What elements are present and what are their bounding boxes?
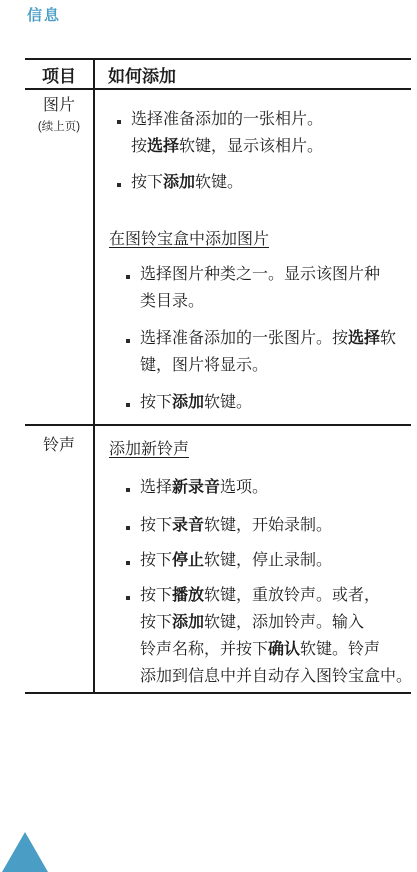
step-text: 按下 (140, 587, 172, 604)
instruction-step: 按下播放软键，重放铃声。或者，按下添加软键，添加铃声。输入铃声名称，并按下确认软… (126, 582, 411, 690)
step-line: 添加到信息中并自动存入图铃宝盒中。 (140, 663, 411, 690)
info-table: 项目 如何添加 图片(续上页)选择准备添加的一张相片。按选择软键，显示该相片。按… (25, 58, 411, 694)
step-lines: 选择图片种类之一。显示该图片种类目录。 (140, 261, 407, 315)
bullet-dot-icon (117, 106, 131, 160)
step-text: 软键，开始录制。 (204, 517, 332, 534)
step-text: 铃声名称，并按下 (140, 641, 268, 658)
table-row: 图片(续上页)选择准备添加的一张相片。按选择软键，显示该相片。按下添加软键。在图… (25, 90, 411, 426)
step-text: 软键。铃声 (300, 641, 380, 658)
step-line: 按选择软键，显示该相片。 (131, 133, 407, 160)
step-text: 软键，显示该相片。 (179, 138, 323, 155)
item-note: (续上页) (25, 120, 93, 134)
step-line: 按下录音软键，开始录制。 (140, 512, 411, 539)
step-text: 选择 (140, 479, 172, 496)
manual-page: 信息 项目 如何添加 图片(续上页)选择准备添加的一张相片。按选择软键，显示该相… (0, 0, 417, 872)
instruction-step: 按下添加软键。 (126, 389, 407, 416)
step-line: 选择新录音选项。 (140, 474, 411, 501)
bullet-dot-icon (126, 261, 140, 315)
step-lines: 按下录音软键，开始录制。 (140, 512, 411, 539)
step-text: 选择准备添加的一张图片。按 (140, 330, 348, 347)
step-text: 按下 (140, 517, 172, 534)
table-row: 铃声添加新铃声选择新录音选项。按下录音软键，开始录制。按下停止软键，停止录制。按… (25, 426, 411, 694)
step-line: 键，图片将显示。 (140, 352, 407, 379)
section-heading: 添加新铃声 (108, 436, 411, 463)
instruction-step: 按下添加软键。 (117, 169, 407, 196)
bullet-dot-icon (126, 389, 140, 416)
step-text: 按 (131, 138, 147, 155)
softkey-name: 新录音 (172, 479, 220, 496)
softkey-name: 选择 (348, 330, 380, 347)
step-text: 软键。 (195, 174, 243, 191)
table-body: 图片(续上页)选择准备添加的一张相片。按选择软键，显示该相片。按下添加软键。在图… (25, 90, 411, 694)
item-label: 图片 (25, 96, 93, 116)
step-line: 按下添加软键。 (140, 389, 407, 416)
instruction-step: 选择准备添加的一张图片。按选择软键，图片将显示。 (126, 325, 407, 379)
step-line: 类目录。 (140, 288, 407, 315)
step-line: 选择图片种类之一。显示该图片种 (140, 261, 407, 288)
step-line: 按下停止软键，停止录制。 (140, 547, 411, 574)
softkey-name: 添加 (172, 614, 204, 631)
step-text: 按下 (140, 394, 172, 411)
item-label: 铃声 (25, 436, 93, 456)
step-lines: 按下播放软键，重放铃声。或者，按下添加软键，添加铃声。输入铃声名称，并按下确认软… (140, 582, 411, 690)
instructions-cell: 选择准备添加的一张相片。按选择软键，显示该相片。按下添加软键。在图铃宝盒中添加图… (93, 90, 411, 424)
softkey-name: 停止 (172, 552, 204, 569)
step-text: 按下 (131, 174, 163, 191)
page-title: 信息 (27, 4, 61, 25)
item-cell: 铃声 (25, 426, 93, 692)
step-text: 选择图片种类之一。显示该图片种 (140, 266, 380, 283)
softkey-name: 添加 (163, 174, 195, 191)
step-text: 软 (380, 330, 396, 347)
step-text: 键，图片将显示。 (140, 357, 268, 374)
instruction-step: 按下录音软键，开始录制。 (126, 512, 411, 539)
softkey-name: 确认 (268, 641, 300, 658)
step-lines: 选择准备添加的一张相片。按选择软键，显示该相片。 (131, 106, 407, 160)
step-text: 选择准备添加的一张相片。 (131, 111, 323, 128)
instruction-step: 选择准备添加的一张相片。按选择软键，显示该相片。 (117, 106, 407, 160)
step-lines: 按下停止软键，停止录制。 (140, 547, 411, 574)
instruction-step: 选择新录音选项。 (126, 474, 411, 501)
softkey-name: 选择 (147, 138, 179, 155)
step-text: 软键。 (204, 394, 252, 411)
step-text: 选项。 (220, 479, 268, 496)
step-text: 按下 (140, 552, 172, 569)
item-cell: 图片(续上页) (25, 90, 93, 424)
step-text: 软键，停止录制。 (204, 552, 332, 569)
step-line: 按下添加软键，添加铃声。输入 (140, 609, 411, 636)
bullet-dot-icon (126, 547, 140, 574)
step-lines: 选择新录音选项。 (140, 474, 411, 501)
softkey-name: 录音 (172, 517, 204, 534)
column-header-item: 项目 (25, 60, 93, 88)
bullet-dot-icon (117, 169, 131, 196)
step-line: 按下播放软键，重放铃声。或者， (140, 582, 411, 609)
step-line: 铃声名称，并按下确认软键。铃声 (140, 636, 411, 663)
instruction-step: 选择图片种类之一。显示该图片种类目录。 (126, 261, 407, 315)
softkey-name: 播放 (172, 587, 204, 604)
step-text: 类目录。 (140, 293, 204, 310)
step-line: 按下添加软键。 (131, 169, 407, 196)
bullet-dot-icon (126, 512, 140, 539)
step-text: 添加到信息中并自动存入图铃宝盒中。 (140, 668, 411, 685)
column-header-how-to-add: 如何添加 (93, 60, 411, 88)
instructions-cell: 添加新铃声选择新录音选项。按下录音软键，开始录制。按下停止软键，停止录制。按下播… (93, 426, 411, 692)
step-lines: 选择准备添加的一张图片。按选择软键，图片将显示。 (140, 325, 407, 379)
bullet-dot-icon (126, 325, 140, 379)
table-header-row: 项目 如何添加 (25, 60, 411, 90)
step-text: 按下 (140, 614, 172, 631)
softkey-name: 添加 (172, 394, 204, 411)
instruction-step: 按下停止软键，停止录制。 (126, 547, 411, 574)
step-text: 软键，重放铃声。或者， (204, 587, 380, 604)
step-text: 软键，添加铃声。输入 (204, 614, 364, 631)
page-corner-triangle-icon (2, 832, 48, 872)
bullet-dot-icon (126, 582, 140, 690)
step-line: 选择准备添加的一张相片。 (131, 106, 407, 133)
step-lines: 按下添加软键。 (140, 389, 407, 416)
step-lines: 按下添加软键。 (131, 169, 407, 196)
bullet-dot-icon (126, 474, 140, 501)
section-heading: 在图铃宝盒中添加图片 (108, 226, 407, 253)
step-line: 选择准备添加的一张图片。按选择软 (140, 325, 407, 352)
